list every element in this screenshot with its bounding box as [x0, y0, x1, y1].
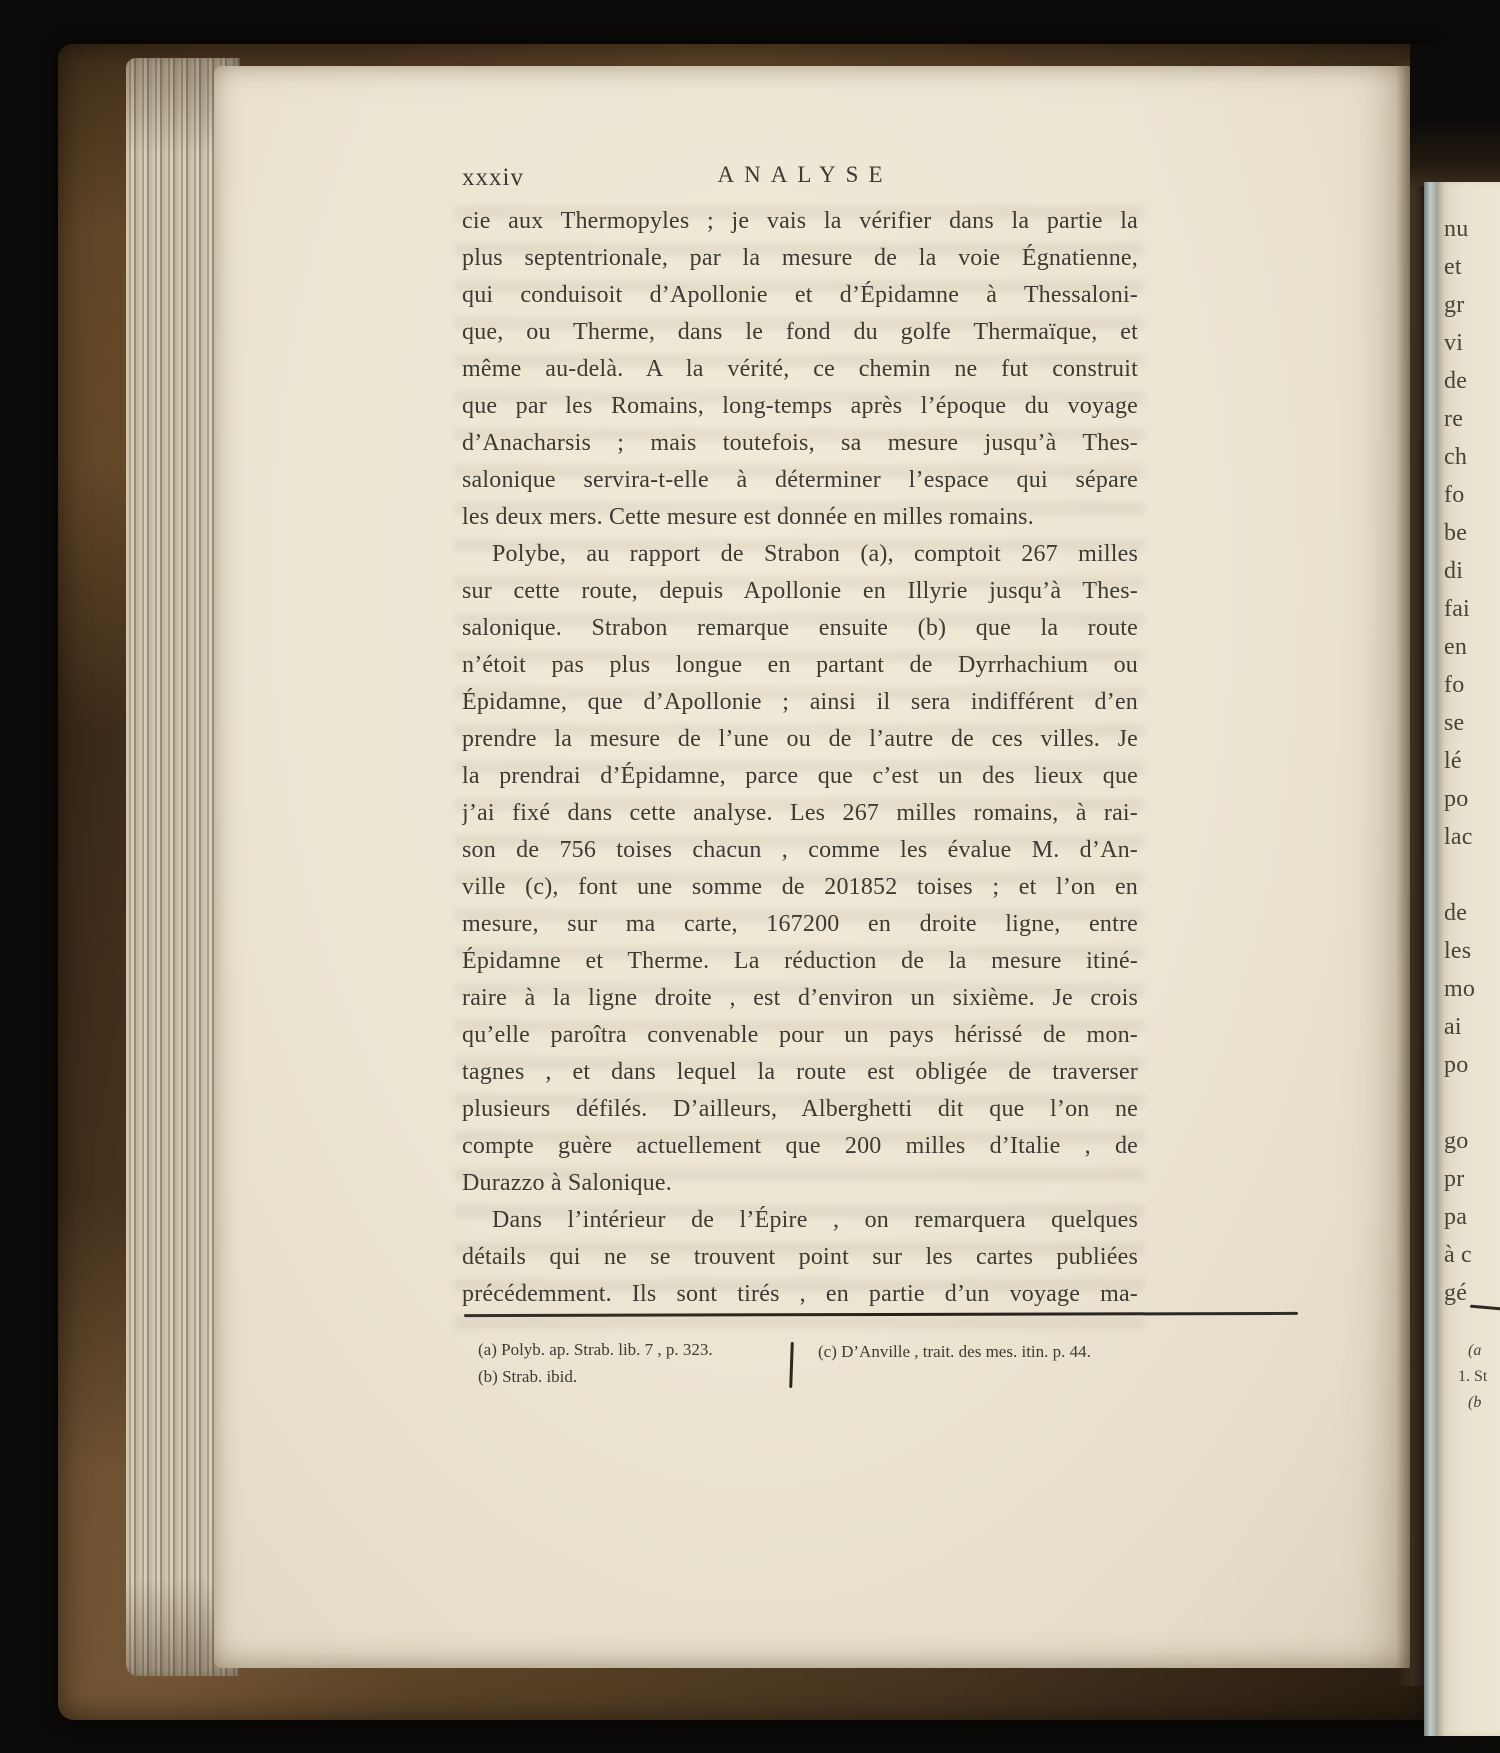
text-line: Épidamne et Therme. La réduction de la m… — [462, 943, 1138, 980]
text-line: Dans l’intérieur de l’Épire , on remarqu… — [462, 1202, 1138, 1239]
text-line: be — [1444, 514, 1500, 552]
text-line: ai — [1444, 1008, 1500, 1046]
right-footnote-fragment: 1. St — [1458, 1364, 1500, 1390]
text-line: que par les Romains, long-temps après l’… — [462, 388, 1138, 425]
right-page-partial: nuetgrviderechfobedifaienfoselépolac del… — [1438, 182, 1500, 1736]
text-line: vi — [1444, 324, 1500, 362]
text-line: pr — [1444, 1160, 1500, 1198]
text-line: go — [1444, 1122, 1500, 1160]
right-page-edge — [1424, 182, 1438, 1736]
text-line: de — [1444, 362, 1500, 400]
footnotes-right-column: (c) D’Anville , trait. des mes. itin. p.… — [818, 1338, 1148, 1365]
gutter-fold-shadow — [1396, 60, 1426, 1686]
text-line: re — [1444, 400, 1500, 438]
text-line: détails qui ne se trouvent point sur les… — [462, 1239, 1138, 1276]
text-line: ch — [1444, 438, 1500, 476]
text-line: qui conduisoit d’Apollonie et d’Épidamne… — [462, 277, 1138, 314]
text-line: fai — [1444, 590, 1500, 628]
text-line: son de 756 toises chacun , comme les éva… — [462, 832, 1138, 869]
text-line: raire à la ligne droite , est d’environ … — [462, 980, 1138, 1017]
text-line: di — [1444, 552, 1500, 590]
text-line: lac — [1444, 818, 1500, 856]
text-line: pa — [1444, 1198, 1500, 1236]
text-line: po — [1444, 780, 1500, 818]
text-line — [1444, 1084, 1500, 1122]
text-line: nu — [1444, 210, 1500, 248]
footnote-c: (c) D’Anville , trait. des mes. itin. p.… — [818, 1338, 1148, 1365]
text-line: qu’elle paroîtra convenable pour un pays… — [462, 1017, 1138, 1054]
page-header: xxxiv ANALYSE — [462, 162, 1138, 192]
footnotes-left-column: (a) Polyb. ap. Strab. lib. 7 , p. 323. (… — [478, 1336, 798, 1390]
text-line — [1444, 856, 1500, 894]
text-line: Durazzo à Salonique. — [462, 1165, 1138, 1202]
text-line: même au-delà. A la vérité, ce chemin ne … — [462, 351, 1138, 388]
text-line: prendre la mesure de l’une ou de l’autre… — [462, 721, 1138, 758]
text-line: sur cette route, depuis Apollonie en Ill… — [462, 573, 1138, 610]
right-page-text-fragments: nuetgrviderechfobedifaienfoselépolac del… — [1444, 210, 1500, 1312]
text-line: salonique servira-t-elle à déterminer l’… — [462, 462, 1138, 499]
text-line: que, ou Therme, dans le fond du golfe Th… — [462, 314, 1138, 351]
text-line: à c — [1444, 1236, 1500, 1274]
text-line: précédemment. Ils sont tirés , en partie… — [462, 1276, 1138, 1313]
text-line: salonique. Strabon remarque ensuite (b) … — [462, 610, 1138, 647]
text-line: gr — [1444, 286, 1500, 324]
running-title: ANALYSE — [462, 162, 1138, 188]
text-line: Polybe, au rapport de Strabon (a), compt… — [462, 536, 1138, 573]
text-line: d’Anacharsis ; mais toutefois, sa mesure… — [462, 425, 1138, 462]
text-line: po — [1444, 1046, 1500, 1084]
body-text: cie aux Thermopyles ; je vais la vérifie… — [462, 203, 1138, 1313]
right-page-footnote-fragments: (a 1. St (b — [1468, 1338, 1500, 1416]
text-line: fo — [1444, 476, 1500, 514]
text-line: la prendrai d’Épidamne, parce que c’est … — [462, 758, 1138, 795]
footnote-a: (a) Polyb. ap. Strab. lib. 7 , p. 323. — [478, 1336, 798, 1363]
gutter-top-shadow — [1410, 44, 1500, 186]
text-line: se — [1444, 704, 1500, 742]
text-line: j’ai fixé dans cette analyse. Les 267 mi… — [462, 795, 1138, 832]
text-line: Épidamne, que d’Apollonie ; ainsi il ser… — [462, 684, 1138, 721]
left-page: xxxiv ANALYSE cie aux Thermopyles ; je v… — [214, 66, 1410, 1668]
right-footnote-fragment: (b — [1468, 1390, 1500, 1416]
text-line: lé — [1444, 742, 1500, 780]
text-line: fo — [1444, 666, 1500, 704]
footnote-b: (b) Strab. ibid. — [478, 1363, 798, 1390]
text-line: les — [1444, 932, 1500, 970]
text-line: plusieurs défilés. D’ailleurs, Alberghet… — [462, 1091, 1138, 1128]
text-line: n’étoit pas plus longue en partant de Dy… — [462, 647, 1138, 684]
text-line: et — [1444, 248, 1500, 286]
text-line: mesure, sur ma carte, 167200 en droite l… — [462, 906, 1138, 943]
text-line: plus septentrionale, par la mesure de la… — [462, 240, 1138, 277]
text-line: cie aux Thermopyles ; je vais la vérifie… — [462, 203, 1138, 240]
text-line: en — [1444, 628, 1500, 666]
text-line: compte guère actuellement que 200 milles… — [462, 1128, 1138, 1165]
right-footnote-fragment: (a — [1468, 1338, 1500, 1364]
book-scan: xxxiv ANALYSE cie aux Thermopyles ; je v… — [0, 0, 1500, 1753]
text-line: ville (c), font une somme de 201852 tois… — [462, 869, 1138, 906]
text-line: les deux mers. Cette mesure est donnée e… — [462, 499, 1138, 536]
text-line: tagnes , et dans lequel la route est obl… — [462, 1054, 1138, 1091]
text-line: mo — [1444, 970, 1500, 1008]
text-line: de — [1444, 894, 1500, 932]
